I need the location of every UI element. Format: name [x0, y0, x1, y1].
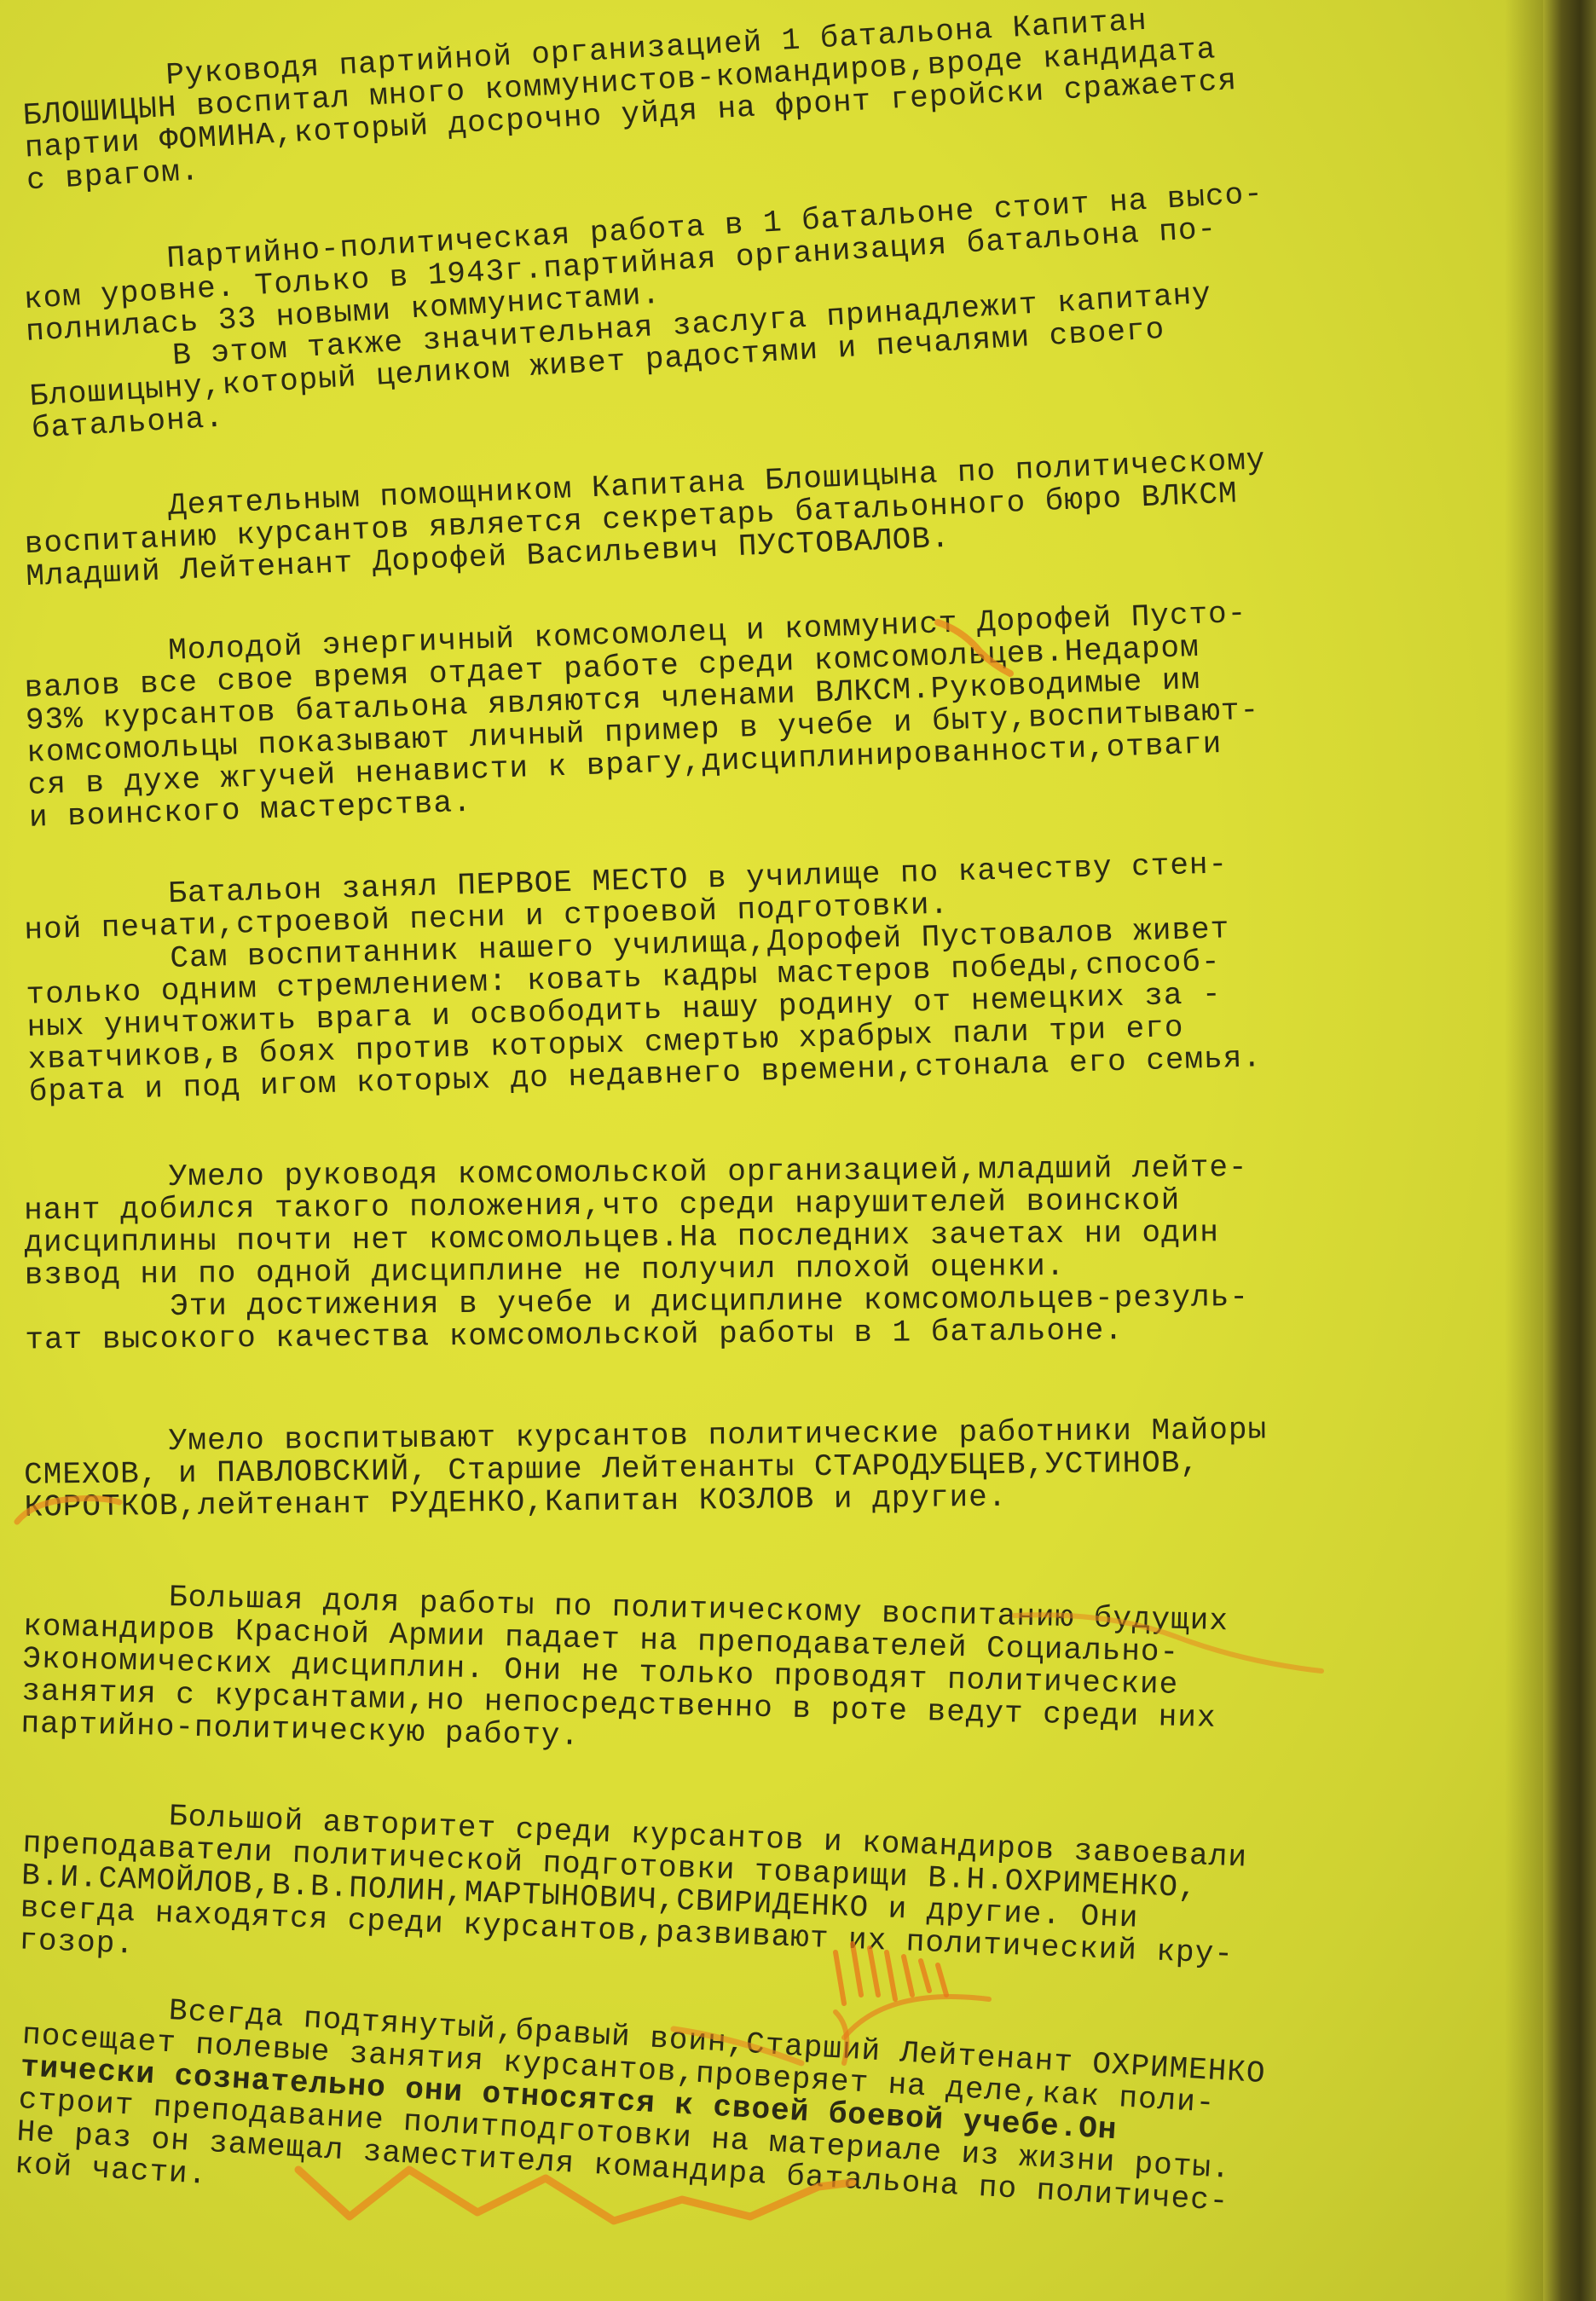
paragraph: Молодой энергичный комсомолец и коммунис…	[23, 588, 1512, 835]
paragraph: Умело воспитывают курсантов политические…	[24, 1412, 1508, 1524]
paragraph: Деятельным помощником Капитана Блошицына…	[22, 434, 1508, 593]
paragraph: Всегда подтянутый,бравый воин,Старший Ле…	[14, 1986, 1506, 2266]
binding-edge	[1543, 0, 1596, 2301]
paragraph: Руководя партийной организацией 1 баталь…	[20, 0, 1509, 197]
paragraph: Партийно-политическая работа в 1 батальо…	[21, 164, 1513, 446]
document-page: Руководя партийной организацией 1 баталь…	[0, 0, 1543, 2301]
paragraph: Батальон занял ПЕРВОЕ МЕСТО в училище по…	[23, 841, 1512, 1108]
paragraph: Большая доля работы по политическому вос…	[20, 1578, 1507, 1773]
paragraph: Умело руководя комсомольской организацие…	[24, 1149, 1509, 1356]
paragraph: Большой авторитет среди курсантов и кома…	[19, 1795, 1507, 2014]
